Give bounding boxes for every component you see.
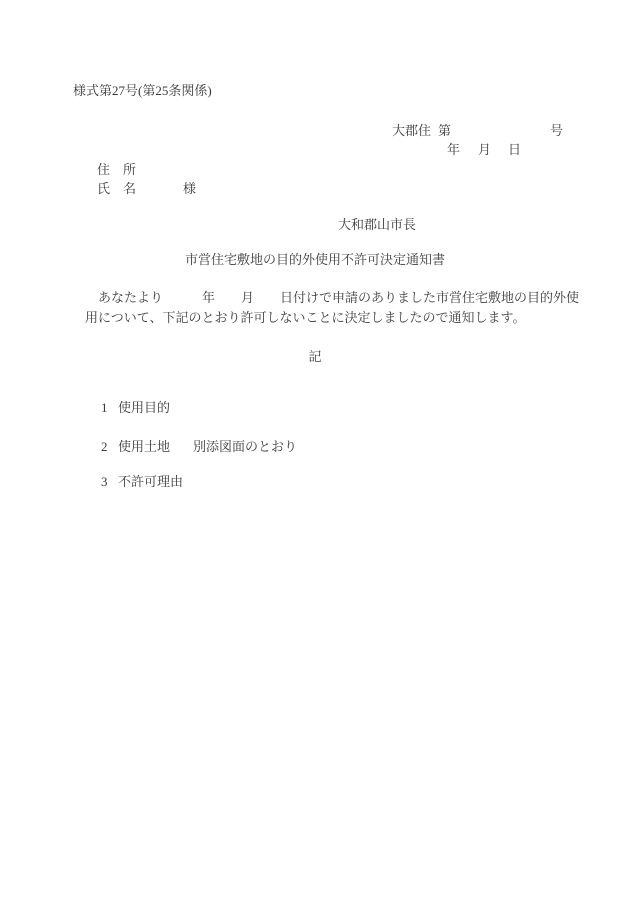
item-number: 3	[101, 475, 118, 490]
recipient-name-label: 氏 名	[97, 182, 136, 197]
body-line-2: 用について、下記のとおり許可しないことに決定しましたので通知します。	[85, 311, 525, 326]
doc-number-prefix: 第	[438, 124, 451, 139]
document-title: 市営住宅敷地の目的外使用不許可決定通知書	[0, 253, 630, 268]
doc-number-org: 大郡住	[392, 124, 431, 139]
item-value: 別添図面のとおり	[193, 439, 297, 454]
doc-number-suffix: 号	[550, 124, 563, 139]
item-number: 2	[101, 440, 118, 455]
document-page: 様式第27号(第25条関係) 大郡住 第 号 年 月 日 住 所 氏 名 様 大…	[0, 0, 630, 915]
recipient-honorific: 様	[183, 182, 196, 197]
sender-name: 大和郡山市長	[338, 218, 416, 233]
date-day-label: 日	[508, 143, 521, 158]
date-month-label: 月	[478, 143, 491, 158]
date-year-label: 年	[447, 143, 460, 158]
body-line-1: あなたより 年 月 日付けで申請のありました市営住宅敷地の目的外使	[85, 291, 579, 306]
item-label: 不許可理由	[118, 474, 183, 489]
recipient-address-label: 住 所	[97, 163, 136, 178]
ki-marker: 記	[0, 350, 630, 365]
item-label: 使用土地	[118, 439, 170, 454]
form-number: 様式第27号(第25条関係)	[73, 84, 212, 99]
item-number: 1	[101, 401, 118, 416]
item-label: 使用目的	[118, 400, 170, 415]
item-row-refusal-reason: 3不許可理由	[88, 460, 206, 505]
